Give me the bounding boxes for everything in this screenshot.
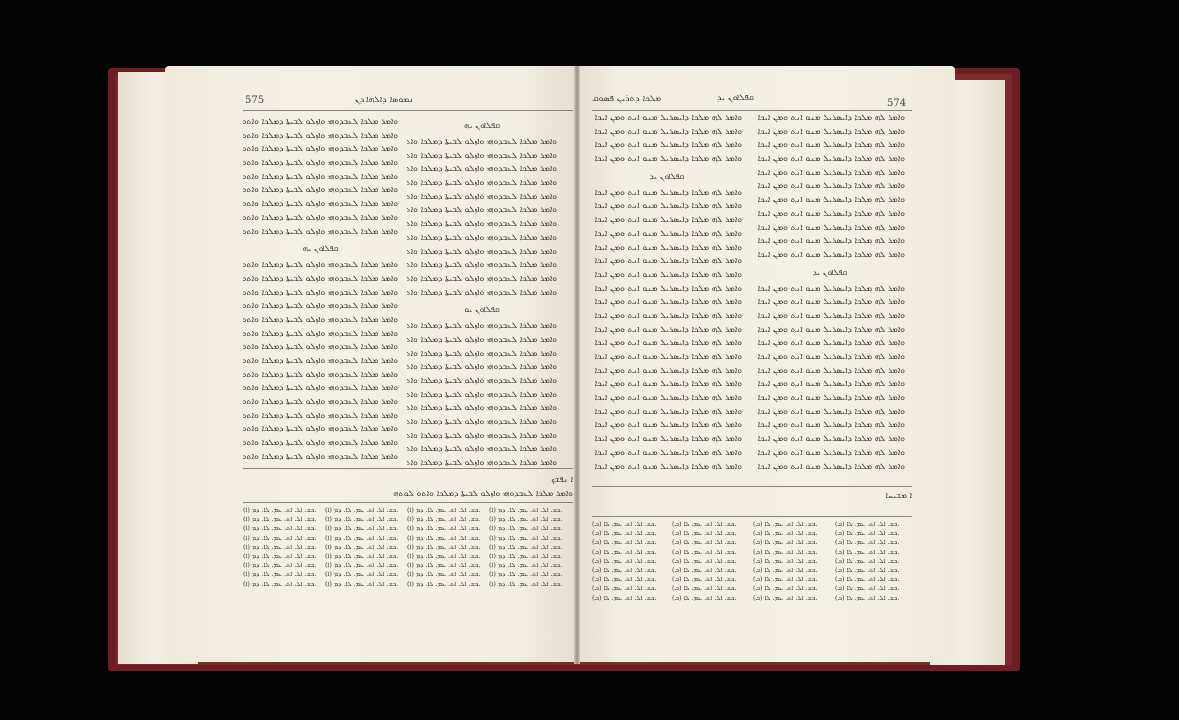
running-head-left: ܢܡܘܣܐ ܕܐܠܗܐ ܕܢ	[355, 95, 414, 105]
apparatus-column: (ܐ) ܒܫ. ܐܠ. ܐܬ. ܥܡ. ܠܐ. ܕܡ.(ܐ) ܒܫ. ܐܠ. ܐ…	[407, 506, 482, 596]
header-rule-left	[243, 110, 573, 111]
apparatus-column: (ܒ) ܒܫ. ܐܠ. ܐܬ. ܥܡ. ܠܐ.(ܒ) ܒܫ. ܐܠ. ܐܬ. ܥ…	[672, 520, 747, 602]
header-rule-right	[592, 110, 912, 111]
footnote-rule-left	[243, 468, 573, 469]
apparatus-column: (ܒ) ܒܫ. ܐܠ. ܐܬ. ܥܡ. ܠܐ.(ܒ) ܒܫ. ܐܠ. ܐܬ. ܥ…	[835, 520, 910, 602]
apparatus-column: (ܐ) ܒܫ. ܐܠ. ܐܬ. ܥܡ. ܠܐ. ܕܡ.(ܐ) ܒܫ. ܐܠ. ܐ…	[243, 506, 318, 596]
book-gutter	[574, 66, 580, 664]
running-head-right: ܡܠܟܐ ܕܬܪܝܢ ܦܣܘܩ	[592, 94, 661, 104]
apparatus-column: (ܐ) ܒܫ. ܐܠ. ܐܬ. ܥܡ. ܠܐ. ܕܡ.(ܐ) ܒܫ. ܐܠ. ܐ…	[325, 506, 400, 596]
apparatus-rule-right	[592, 516, 912, 517]
footnote-rule-right	[592, 486, 912, 487]
running-head-right-2: ܩܦܠܐܘܢ ܝܕ	[717, 93, 754, 103]
apparatus-rule-left	[243, 502, 573, 503]
text-column-right-a: ܘܐܡܪ ܠܗ ܡܠܟܐ ܕܐܝܣܪܝܠ ܡܢܘ ܐܢܬ ܘܡܢ ܐܝܟܐ ܐܬ…	[592, 112, 742, 512]
text-column-right-b: ܘܐܡܪ ܠܗ ܡܠܟܐ ܕܐܝܣܪܝܠ ܡܢܘ ܐܢܬ ܘܡܢ ܐܝܟܐ ܐܬ…	[755, 112, 905, 512]
right-page: ܡܠܟܐ ܕܬܪܝܢ ܦܣܘܩ ܩܦܠܐܘܢ ܝܕ 574 ܘܐܡܪ ܠܗ ܡܠ…	[577, 66, 955, 662]
text-column-left-b: ܩܦܠܐܘܢ ܝܗܘܐܡܪ ܡܠܟܐ ܠܥܒܕܘܗܝ ܘܐܙܠܘ ܠܒܝܬܐ ܕ…	[407, 116, 557, 516]
apparatus-column: (ܒ) ܒܫ. ܐܠ. ܐܬ. ܥܡ. ܠܐ.(ܒ) ܒܫ. ܐܠ. ܐܬ. ܥ…	[753, 520, 828, 602]
footnote-marker-right: ܐ ܡܫܝܚܐ	[592, 490, 912, 518]
apparatus-column: (ܐ) ܒܫ. ܐܠ. ܐܬ. ܥܡ. ܠܐ. ܕܡ.(ܐ) ܒܫ. ܐܠ. ܐ…	[489, 506, 564, 596]
page-number-right: 574	[887, 98, 906, 109]
footnote-marker-left: ܐ ܢܦܫܟ ܘܐܡܪ ܡܠܟܐ ܠܥܒܕܘܗܝ ܘܐܙܠܘ ܠܒܝܬܐ ܕܡܠ…	[243, 474, 573, 504]
page-number-left: 575	[245, 95, 264, 106]
left-page: 575 ܢܡܘܣܐ ܕܐܠܗܐ ܕܢ ܘܐܡܪ ܡܠܟܐ ܠܥܒܕܘܗܝ ܘܐܙ…	[165, 66, 577, 662]
text-column-left-a: ܘܐܡܪ ܡܠܟܐ ܠܥܒܕܘܗܝ ܘܐܙܠܘ ܠܒܝܬܐ ܕܡܠܟܐ ܘܐܬܘ…	[243, 116, 398, 516]
apparatus-column: (ܒ) ܒܫ. ܐܠ. ܐܬ. ܥܡ. ܠܐ.(ܒ) ܒܫ. ܐܠ. ܐܬ. ܥ…	[592, 520, 667, 602]
